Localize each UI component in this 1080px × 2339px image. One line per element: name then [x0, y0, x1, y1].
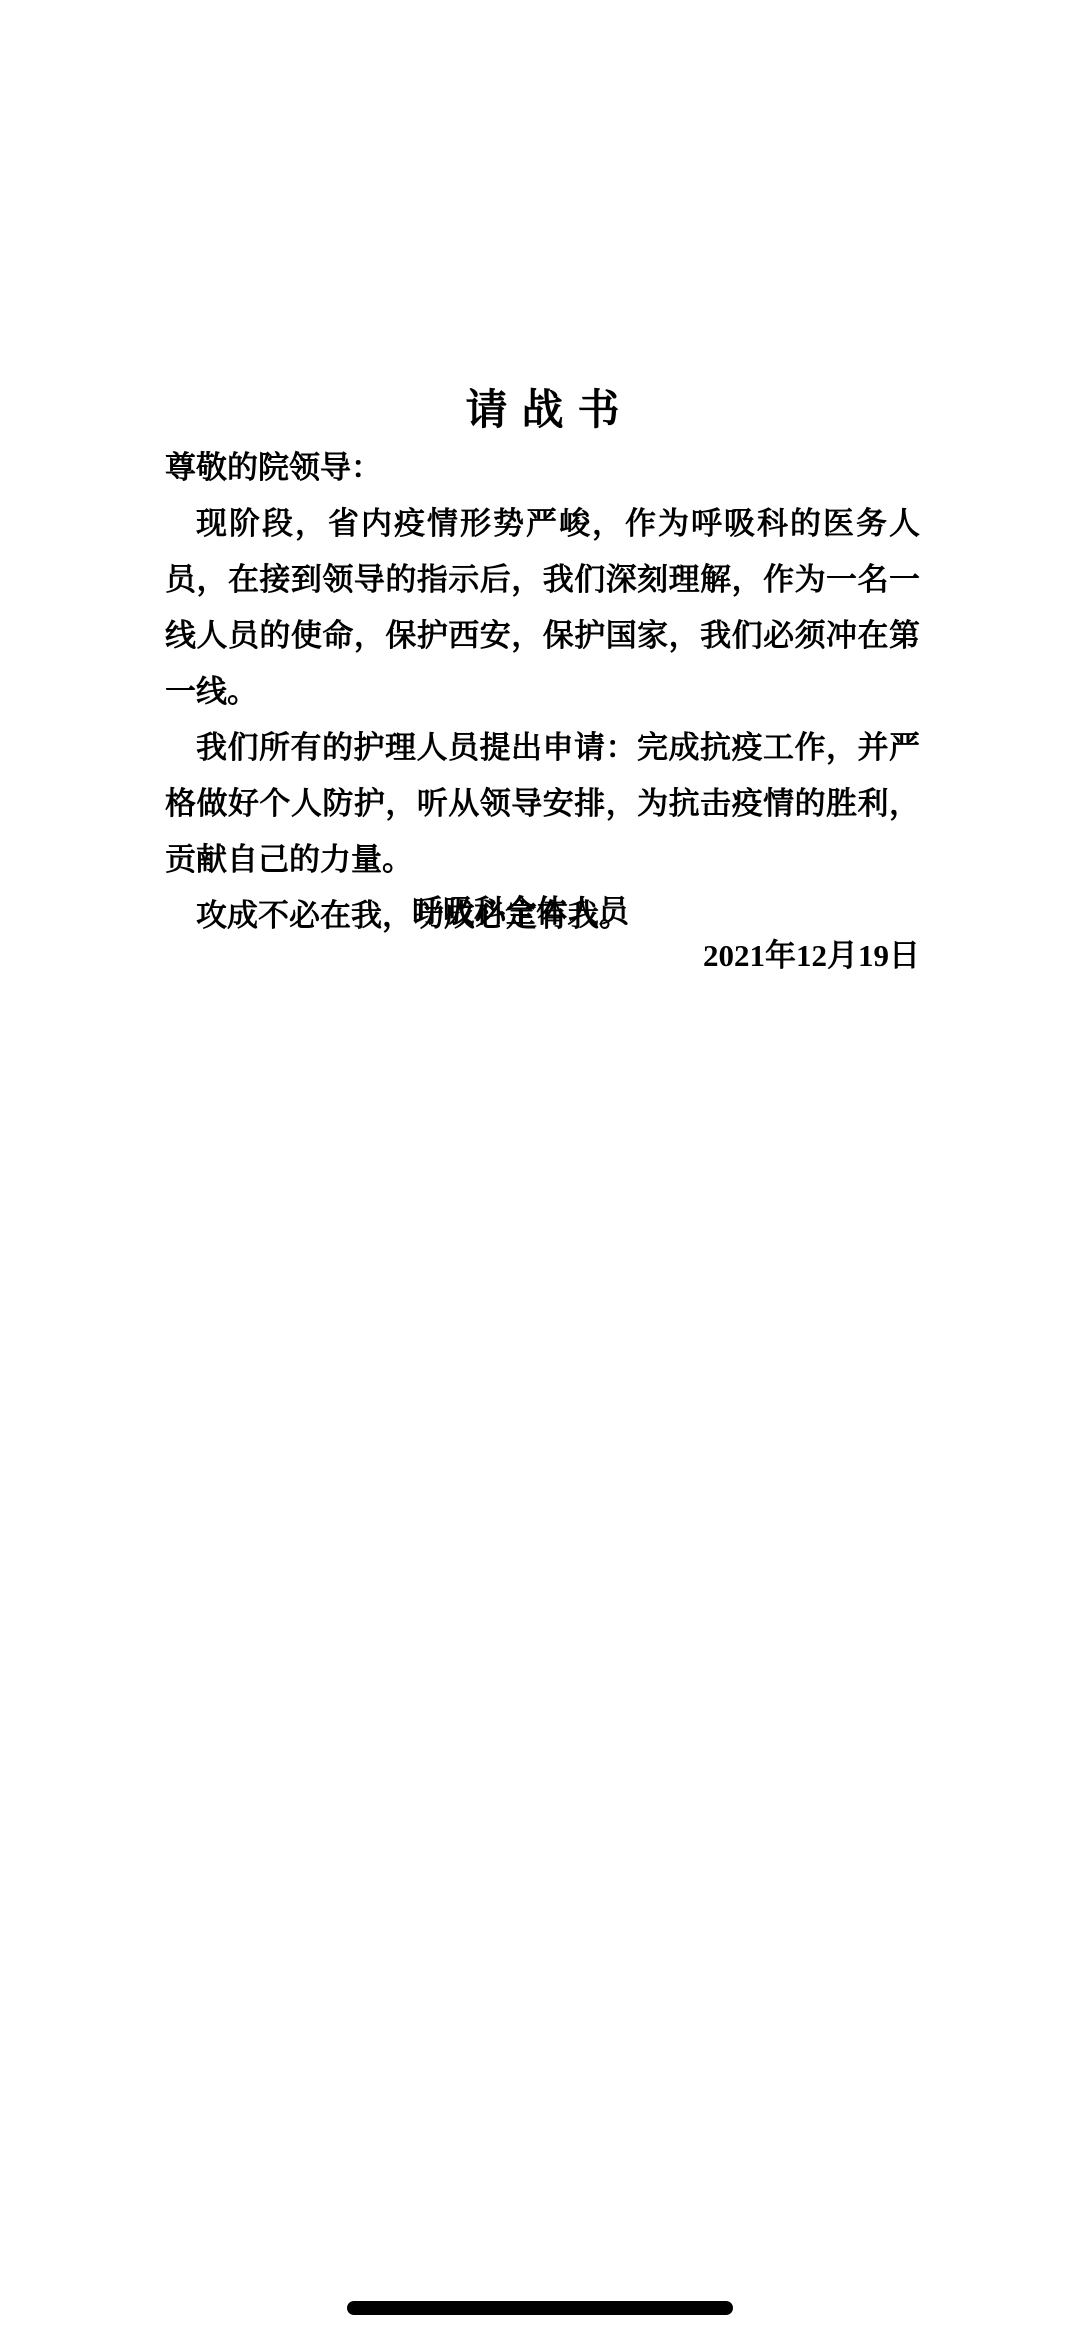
salutation: 尊敬的院领导： — [165, 440, 920, 496]
signature: 呼吸科全体人员 — [412, 884, 629, 940]
letter-document: 请战书 尊敬的院领导： 现阶段，省内疫情形势严峻，作为呼吸科的医务人员，在接到领… — [165, 380, 920, 944]
home-indicator[interactable] — [347, 2301, 733, 2315]
date: 2021年12月19日 — [703, 928, 920, 984]
paragraph-1: 现阶段，省内疫情形势严峻，作为呼吸科的医务人员，在接到领导的指示后，我们深刻理解… — [165, 496, 920, 720]
document-title: 请战书 — [165, 380, 920, 440]
paragraph-2: 我们所有的护理人员提出申请：完成抗疫工作，并严格做好个人防护，听从领导安排，为抗… — [165, 720, 920, 888]
